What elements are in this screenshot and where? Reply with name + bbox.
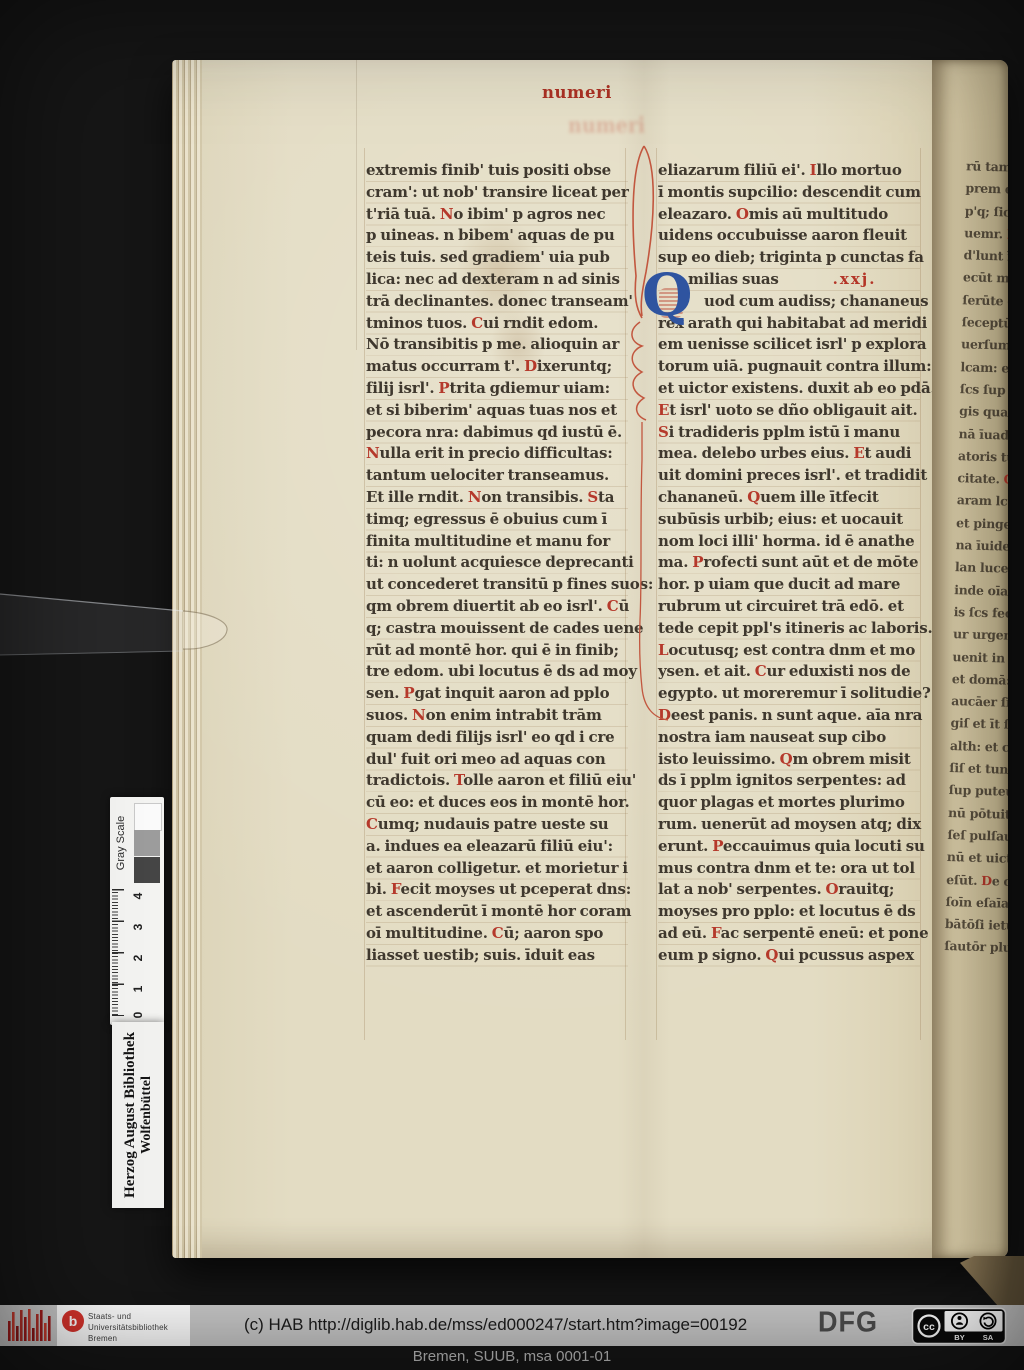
manuscript-line: Nulla erit in precio difficultas: (366, 443, 628, 465)
manuscript-line: ur urgentibus at (953, 623, 1008, 647)
manuscript-line: Nō transibitis p me. alioquin ar (366, 334, 628, 356)
manuscript-line: dul' fuit ori meo ad aquas con (366, 749, 628, 771)
manuscript-line: tantum uelociter transeamus. (366, 465, 628, 487)
manuscript-line: is ſcs fecerīt me (953, 601, 1008, 625)
grayscale-calibration-card: Gray Scale 4 3 2 1 0 (110, 797, 164, 1025)
manuscript-line: eum p signo. Qui pcussus aspex (658, 945, 920, 967)
ruler-ticks-major (112, 889, 124, 1016)
footer-bar: b Staats- und Universitätsbibliothek Bre… (0, 1305, 1024, 1346)
copyright-url: (c) HAB http://diglib.hab.de/mss/ed00024… (244, 1315, 747, 1335)
manuscript-line: ds ī pplm ignitos serpentes: ad (658, 770, 920, 792)
ruling-line (364, 148, 365, 1040)
manuscript-line: Deest panis. n sunt aque. aīa nra (658, 705, 920, 727)
next-page-text: rū tamer. ſeīt ſiprem eudiut: epp'q; ſic… (940, 155, 1008, 1118)
manuscript-line: t'riā tuā. No ibim' p agros nec (366, 204, 628, 226)
suub-line2: Universitätsbibliothek (88, 1323, 168, 1334)
ink-offset-ghost: numeri (568, 114, 645, 139)
manuscript-line: giſ et īt ſup quā (950, 712, 1008, 736)
manuscript-line: timq; egressus ē obuius cum ī (366, 509, 628, 531)
manuscript-line: Et ille rndit. Non transibis. Sta (366, 487, 628, 509)
manuscript-line: Et isrl' uoto se dño obligauit ait. (658, 400, 920, 422)
suub-b-logo-icon: b (62, 1310, 84, 1332)
book-corner-edge (960, 1256, 1024, 1305)
suub-logo-panel: b Staats- und Universitätsbibliothek Bre… (57, 1305, 190, 1346)
manuscript-line: uemr. Fecit q; fili (964, 222, 1008, 246)
suub-line1: Staats- und (88, 1312, 168, 1323)
running-title: numeri (542, 83, 612, 102)
ruler-number: 2 (131, 950, 145, 966)
manuscript-line: aram lcue me ar (956, 490, 1008, 514)
manuscript-line: na īuidens arnō (955, 534, 1008, 558)
manuscript-line: mus contra dnm et te: ora ut tol (658, 858, 920, 880)
ruler-number: 4 (131, 888, 145, 904)
manuscript-line: a. indues ea eleazarū filiū eiu': (366, 836, 628, 858)
manuscript-line: q; castra mouissent de cades uene (366, 618, 628, 640)
manuscript-line: sen. Pgat inquit aaron ad pplo (366, 683, 628, 705)
manuscript-line: liasset uestib; suis. īduit eas (366, 945, 628, 967)
manuscript-line: Si tradideris pplm istū ī manu (658, 422, 920, 444)
manuscript-page: numeri numeri extremis finib' tuis posit… (172, 60, 1008, 1258)
ruler-number: 0 (131, 1007, 145, 1023)
manuscript-line: ī montis supcilio: descendit cum (658, 182, 920, 204)
manuscript-line: rūt ad montē hor. qui ē in finib; (366, 640, 628, 662)
manuscript-line: ad eū. Fac serpentē eneū: et pone (658, 923, 920, 945)
manuscript-line: lat a nob' serpentes. Orauitq; (658, 879, 920, 901)
manuscript-line: bi. Fecit moyses ut pceperat dns: (366, 879, 628, 901)
digitized-manuscript-viewer: numeri numeri extremis finib' tuis posit… (0, 0, 1024, 1370)
manuscript-line: tre edom. ubi locutus ē ds ad moy (366, 661, 628, 683)
manuscript-line: ſeceptū plagis D (961, 311, 1008, 335)
ruler-number: 3 (131, 919, 145, 935)
cc-by-sa-badge: cc BY SA (911, 1307, 1007, 1345)
manuscript-line: nū pōtuit grāe (948, 802, 1008, 826)
manuscript-line: uod cum audiss; chananeus (658, 291, 920, 313)
manuscript-line: citate. Quā rel īq (957, 467, 1008, 491)
manuscript-line: torum uiā. pugnauit contra illum: (658, 356, 920, 378)
manuscript-line: erunt. Peccauimus quia locuti su (658, 836, 920, 858)
cc-sa-label: SA (983, 1333, 994, 1342)
cc-sa-arrow-icon (980, 1313, 995, 1328)
manuscript-line: finita multitudine et manu for (366, 531, 628, 553)
manuscript-line: uerſum ē ad cap (961, 334, 1008, 358)
ruling-line (920, 148, 921, 1040)
library-label-line2: Wolfenbüttel (139, 1022, 156, 1208)
page-crease (356, 60, 357, 350)
manuscript-line: et ascenderūt ī montē hor coram (366, 901, 628, 923)
manuscript-line: eleazaro. Omis aū multitudo (658, 204, 920, 226)
manuscript-line: matus occurram t'. Dixeruntq; (366, 356, 628, 378)
manuscript-line: quor plagas et mortes plurimo (658, 792, 920, 814)
manuscript-line: subūsis urbib; eius: et uocauit (658, 509, 920, 531)
manuscript-line: eliazarum filiū ei'. Illo mortuo (658, 160, 920, 182)
manuscript-line: teis tuis. sed gradiem' uia pub (366, 247, 628, 269)
manuscript-line: cram': ut nob' transire liceat per (366, 182, 628, 204)
manuscript-line: Cumq; nudauis patre ueste su (366, 814, 628, 836)
library-label-line1: Herzog August Bibliothek (121, 1022, 139, 1208)
grayscale-title: Gray Scale (115, 798, 129, 888)
manuscript-line: rum. uenerūt ad moysen atq; dix (658, 814, 920, 836)
cc-by-person-icon (952, 1313, 967, 1328)
manuscript-line: ſup puteū de q (948, 779, 1008, 803)
manuscript-line: rex arath qui habitabat ad meridi (658, 313, 920, 335)
manuscript-line: atoris tunc etū (958, 445, 1008, 469)
next-page-edge: rū tamer. ſeīt ſiprem eudiut: epp'q; ſic… (932, 60, 1008, 1258)
manuscript-line: chananeū. Quem ille ītfecit (658, 487, 920, 509)
manuscript-line: tminos tuos. Cui rndit edom. (366, 313, 628, 335)
manuscript-line: et pingentes hīc (956, 512, 1008, 536)
text-column-1: extremis finib' tuis positi obsecram': u… (366, 160, 628, 970)
manuscript-line: eſūt. De cōtradict (946, 869, 1008, 893)
suub-library-name: Staats- und Universitätsbibliothek Breme… (88, 1312, 168, 1344)
manuscript-line: uit domini preces isrl'. et tradidit (658, 465, 920, 487)
shelfmark-caption: Bremen, SUUB, msa 0001-01 (0, 1348, 1024, 1365)
manuscript-line: p uineas. n bibem' aquas de pu (366, 225, 628, 247)
manuscript-line: hor. p uiam que ducit ad mare (658, 574, 920, 596)
ruler-number: 1 (131, 981, 145, 997)
manuscript-line: oī multitudine. Cū; aaron spo (366, 923, 628, 945)
manuscript-line: bātōſi ietūſ ē ter (945, 913, 1008, 937)
cc-letters: cc (923, 1321, 935, 1333)
manuscript-line: sup eo dieb; triginta p cunctas fa (658, 247, 920, 269)
manuscript-line: lcam: et regreſſ (960, 356, 1008, 380)
manuscript-line: egypto. ut moreremur ī solitudie? (658, 683, 920, 705)
manuscript-line: et aaron colligetur. et morietur i (366, 858, 628, 880)
manuscript-line: et domā: et regē (952, 668, 1008, 692)
manuscript-line: nostra iam nauseat sup cibo (658, 727, 920, 749)
manuscript-line: ſcs ſup quā oīa (960, 378, 1008, 402)
manuscript-line: ti: n uolunt acquiesce deprecanti (366, 552, 628, 574)
penwork-flourish-icon (612, 140, 672, 740)
manuscript-line: nom loci illi' horma. id ē anathe (658, 531, 920, 553)
manuscript-line: inde oīa dicit ſe (954, 579, 1008, 603)
manuscript-line: et uictor existens. duxit ab eo pdā. (658, 378, 920, 400)
text-column-2: eliazarum filiū ei'. Illo mortuoī montis… (658, 160, 920, 970)
manuscript-line: uidens occubuisse aaron fleuit (658, 225, 920, 247)
manuscript-line: rū tamer. ſeīt ſi (966, 155, 1008, 179)
manuscript-line: milias suas.xxj. (658, 269, 920, 291)
chapter-numeral: .xxj. (833, 270, 877, 288)
manuscript-line: alth: et cōgregat (950, 735, 1008, 759)
gray-patch-dark (134, 857, 160, 883)
manuscript-line: cū eo: et duces eos in montē hor. (366, 792, 628, 814)
manuscript-line: ſerūte que redeūt (962, 289, 1008, 313)
manuscript-line: ysen. et ait. Cur eduxisti nos de (658, 661, 920, 683)
manuscript-line: lan lucens moab (955, 556, 1008, 580)
suub-bars-logo-icon (7, 1308, 53, 1342)
dfg-logo: DFG (818, 1306, 878, 1339)
manuscript-line: mea. delebo urbes eius. Et audi (658, 443, 920, 465)
manuscript-line: aucāer ſic et lo (951, 690, 1008, 714)
manuscript-line: rubrum ut circuiret trā edō. et (658, 596, 920, 618)
manuscript-line: ſautōr pluſgrā et (944, 935, 1008, 959)
manuscript-line: tradictois. Tolle aaron et filiū eiu' (366, 770, 628, 792)
manuscript-line: et si biberim' aquas tuas nos et (366, 400, 628, 422)
manuscript-line: lica: nec ad dexteram n ad sinis (366, 269, 628, 291)
manuscript-line: nū et uictoria reg (947, 846, 1008, 870)
manuscript-line: quam dedi filijs isrl' eo qd i cre (366, 727, 628, 749)
manuscript-line: suos. Non enim intrabit trām (366, 705, 628, 727)
gray-patch-light (134, 803, 162, 831)
manuscript-line: prem eudiut: ep (965, 178, 1008, 202)
manuscript-line: p'q; ſic peruit at (965, 200, 1008, 224)
manuscript-line: nā īuadit pngil (958, 423, 1008, 447)
library-label: Herzog August Bibliothek Wolfenbüttel (112, 1022, 164, 1208)
manuscript-line: ſeſ pulſauert duce (947, 824, 1008, 848)
manuscript-line: ecūt monetis Oni (963, 267, 1008, 291)
manuscript-line: ut concederet transitū p fines suos: (366, 574, 628, 596)
manuscript-line: tede cepit ppl's itineris ac laboris. (658, 618, 920, 640)
manuscript-line: gis quatuor gēt (959, 400, 1008, 424)
manuscript-line: extremis finib' tuis positi obse (366, 160, 628, 182)
manuscript-line: isto leuissimo. Qm obrem misit (658, 749, 920, 771)
manuscript-line: ſoīn eſaīa hadab (945, 891, 1008, 915)
manuscript-line: d'lunt īt hoboth (963, 244, 1008, 268)
suub-line3: Bremen (88, 1334, 168, 1345)
manuscript-line: filij isrl'. Ptrita gdiemur uiam: (366, 378, 628, 400)
stacked-leaf-edges (172, 60, 202, 1258)
manuscript-line: moyses pro pplo: et locutus ē ds (658, 901, 920, 923)
manuscript-line: pecora nra: dabimus qd iustū ē. (366, 422, 628, 444)
manuscript-line: ma. Profecti sunt aūt et de mōte (658, 552, 920, 574)
manuscript-line: ſiſ et tunc cante (949, 757, 1008, 781)
cc-by-label: BY (954, 1333, 964, 1342)
gray-patch-mid (134, 830, 160, 856)
manuscript-line: trā declinantes. donec transeam' (366, 291, 628, 313)
manuscript-line: uenit in emītem (952, 646, 1008, 670)
manuscript-line: em uenisse scilicet isrl' p explora (658, 334, 920, 356)
manuscript-line: qm obrem diuertit ab eo isrl'. Cū (366, 596, 628, 618)
manuscript-line: Locutusq; est contra dnm et mo (658, 640, 920, 662)
